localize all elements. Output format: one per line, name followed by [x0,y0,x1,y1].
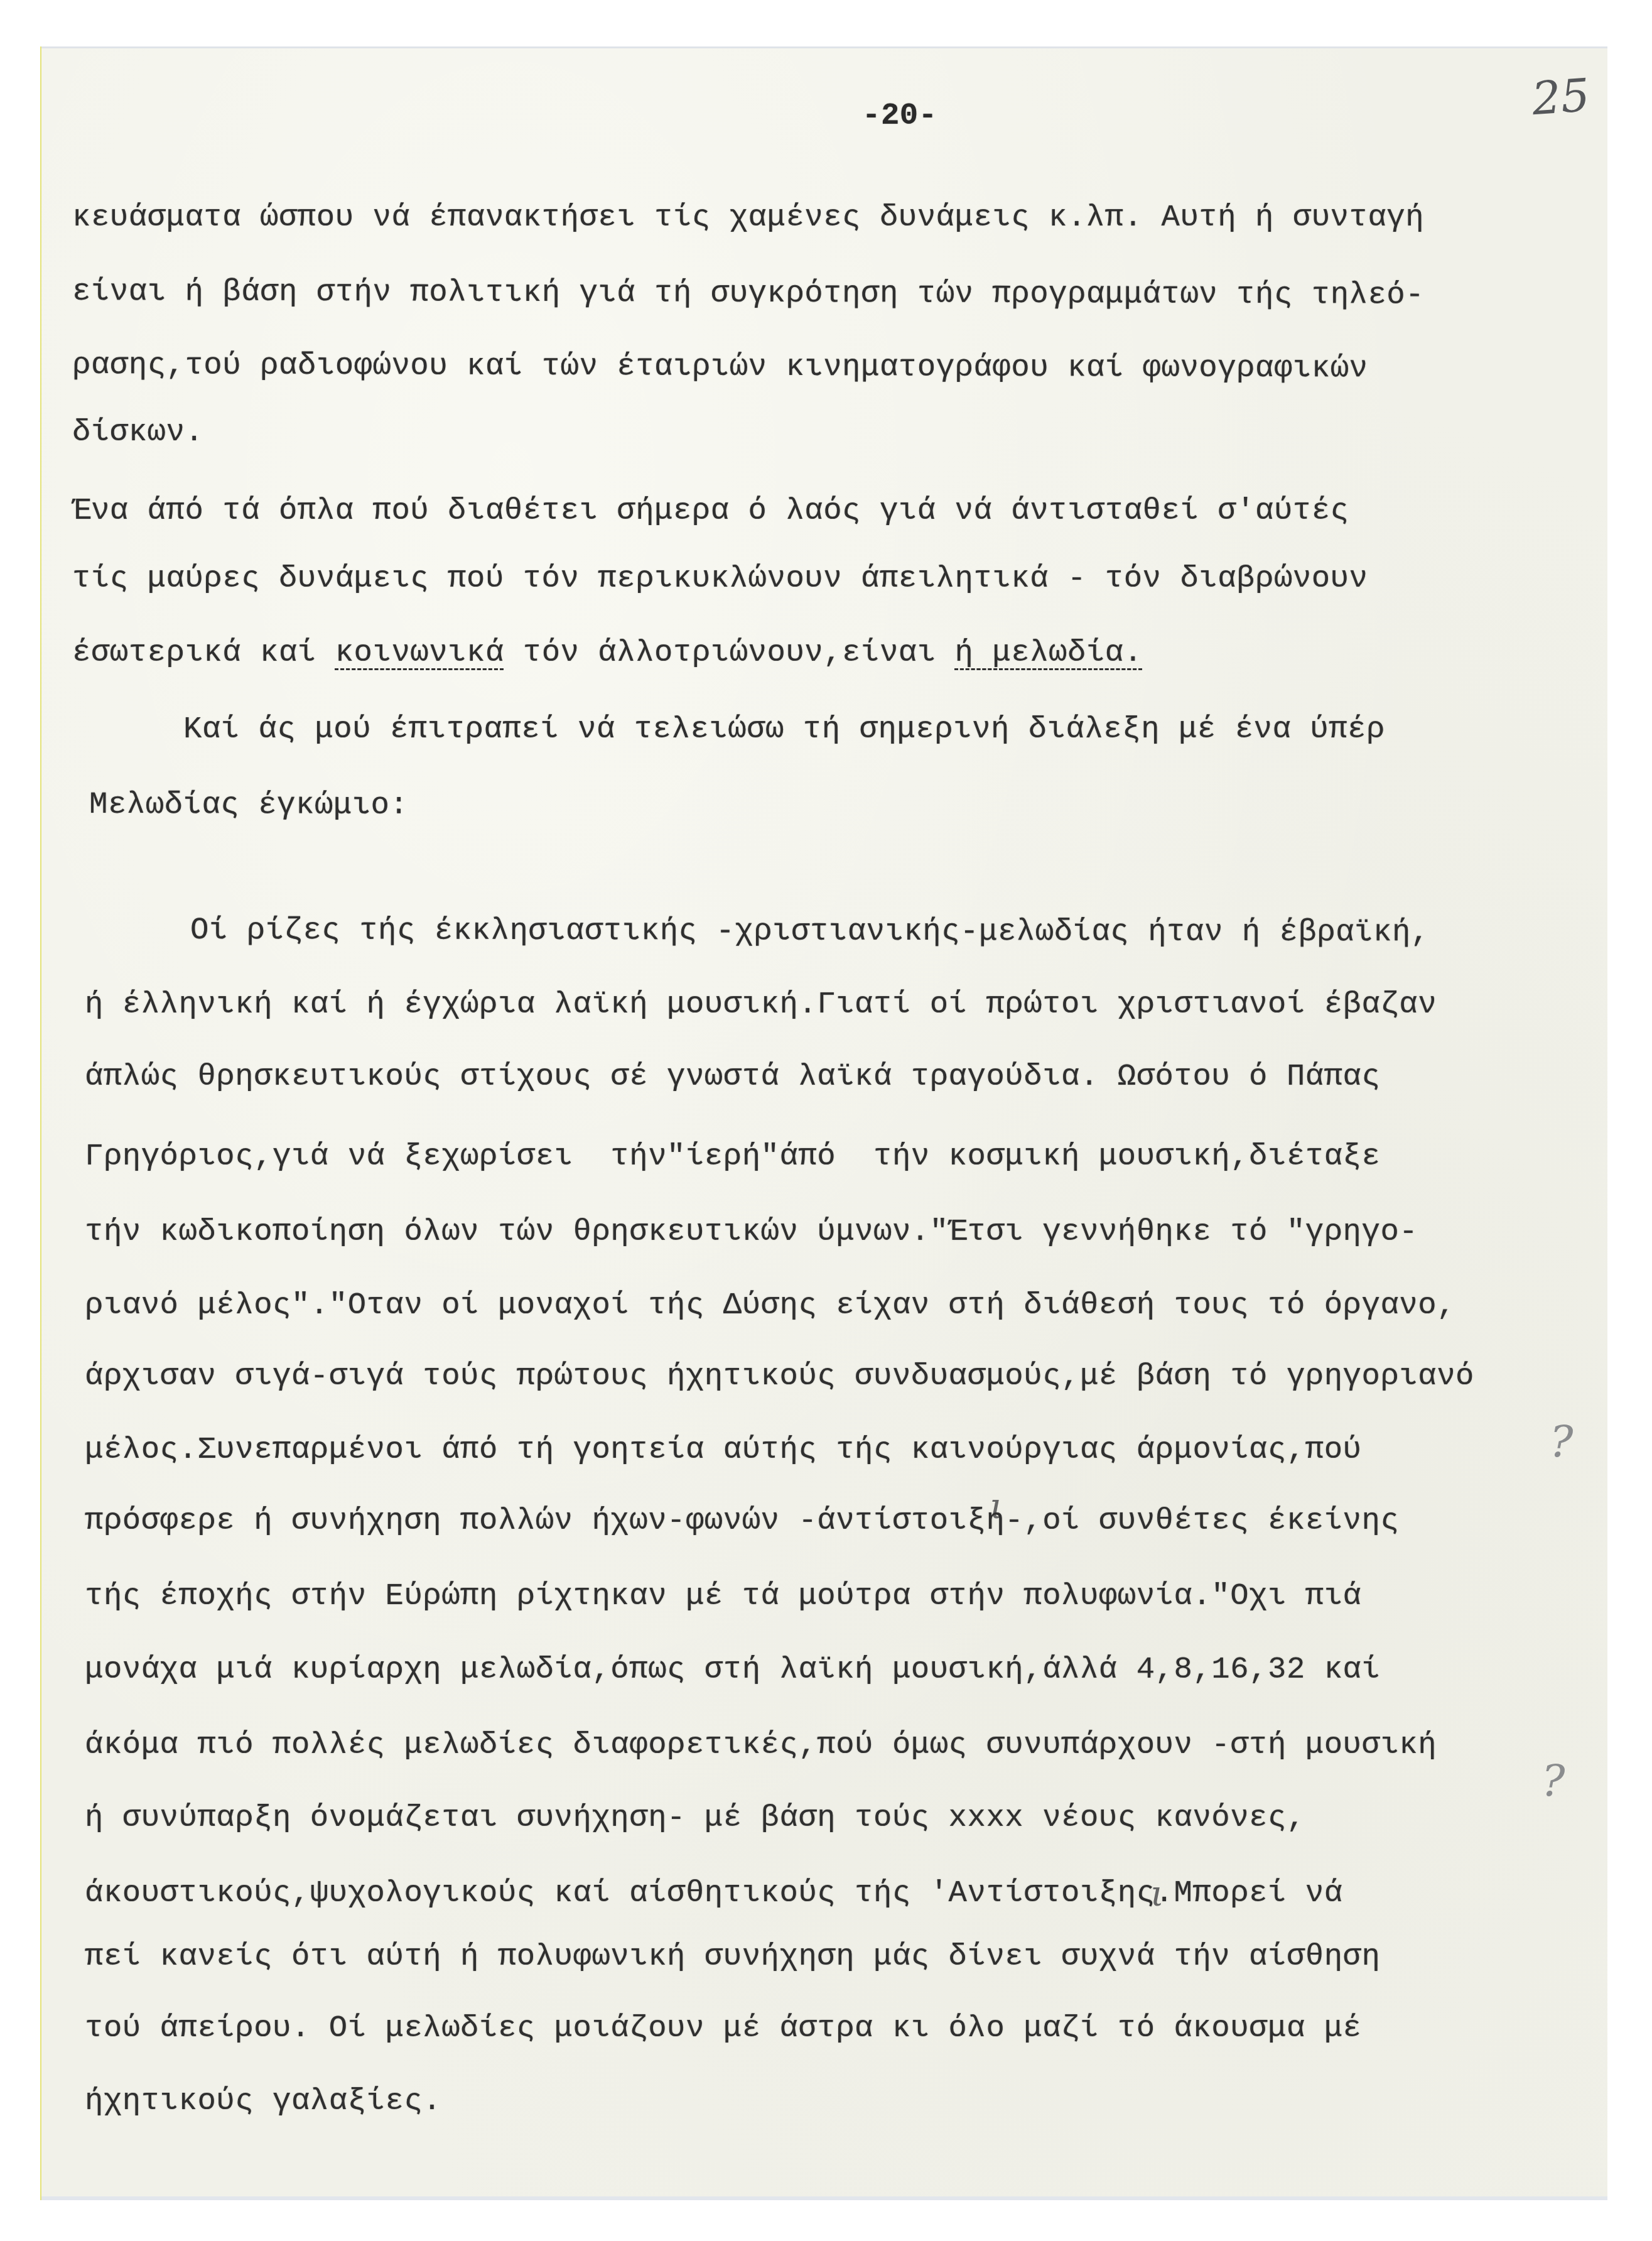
text-line: ρασης,τού ραδιοφώνου καί τών έταιριών κι… [72,350,1368,384]
text-line: έσωτερικά καί κοινωνικά τόν άλλοτριώνουν… [72,638,1143,668]
text-line: πεί κανείς ότι αύτή ή πολυφωνική συνήχησ… [85,1941,1380,1972]
text-line: άκουστικούς,ψυχολογικούς καί αίσθητικούς… [85,1878,1343,1909]
text-line: άρχισαν σιγά-σιγά τούς πρώτους ήχητικούς… [85,1361,1474,1392]
text-line: μέλος.Συνεπαρμένοι άπό τή γοητεία αύτής … [85,1435,1362,1465]
text-line: πρόσφερε ή συνήχηση πολλών ήχων-φωνών -ά… [85,1506,1399,1536]
text-segment: τόν άλλοτριώνουν,είναι [504,635,955,670]
margin-question-mark: ? [1541,1755,1565,1807]
handwritten-page-number: 25 [1530,68,1591,125]
text-line: κευάσματα ώσπου νά έπανακτήσει τίς χαμέν… [72,202,1424,233]
text-line: τήν κωδικοποίηση όλων τών θρησκευτικών ύ… [85,1217,1418,1247]
underlined-word: κοινωνικά [335,635,504,670]
text-line: Ένα άπό τά όπλα πού διαθέτει σήμερα ό λα… [72,496,1349,526]
text-line: Μελωδίας έγκώμιο: [89,790,408,821]
text-line: τής έποχής στήν Εύρώπη ρίχτηκαν μέ τά μο… [85,1581,1362,1612]
page-header-number: -20- [862,100,937,131]
text-line: ριανό μέλος"."Οταν οί μοναχοί τής Δύσης … [85,1290,1455,1321]
text-line: ή έλληνική καί ή έγχώρια λαϊκή μουσική.Γ… [85,989,1437,1020]
text-line: ή συνύπαρξη όνομάζεται συνήχηση- μέ βάση… [85,1803,1305,1833]
paragraph-start-line: Οί ρίζες τής έκκλησιαστικής -χριστιανική… [190,915,1430,948]
text-line: μονάχα μιά κυρίαρχη μελωδία,όπως στή λαϊ… [85,1654,1380,1685]
text-line: δίσκων. [72,417,203,448]
text-line: άκόμα πιό πολλές μελωδίες διαφορετικές,π… [85,1730,1437,1761]
text-line: ήχητικούς γαλαξίες. [85,2086,441,2117]
margin-question-mark: ? [1550,1416,1574,1468]
text-line: Γρηγόριος,γιά νά ξεχωρίσει τήν"ίερή"άπό … [85,1141,1380,1172]
text-line: είναι ή βάση στήν πολιτική γιά τή συγκρό… [72,276,1424,311]
paragraph-start-line: Καί άς μού έπιτραπεί νά τελειώσω τή σημε… [183,714,1385,745]
underlined-phrase: ή μελωδία. [955,635,1143,670]
text-line: τού άπείρου. Οί μελωδίες μοιάζουν μέ άστ… [85,2013,1362,2044]
text-line: τίς μαύρες δυνάμεις πού τόν περικυκλώνου… [72,563,1368,594]
text-line: άπλώς θρησκευτικούς στίχους σέ γνωστά λα… [85,1061,1380,1092]
text-segment: έσωτερικά καί [72,635,335,670]
